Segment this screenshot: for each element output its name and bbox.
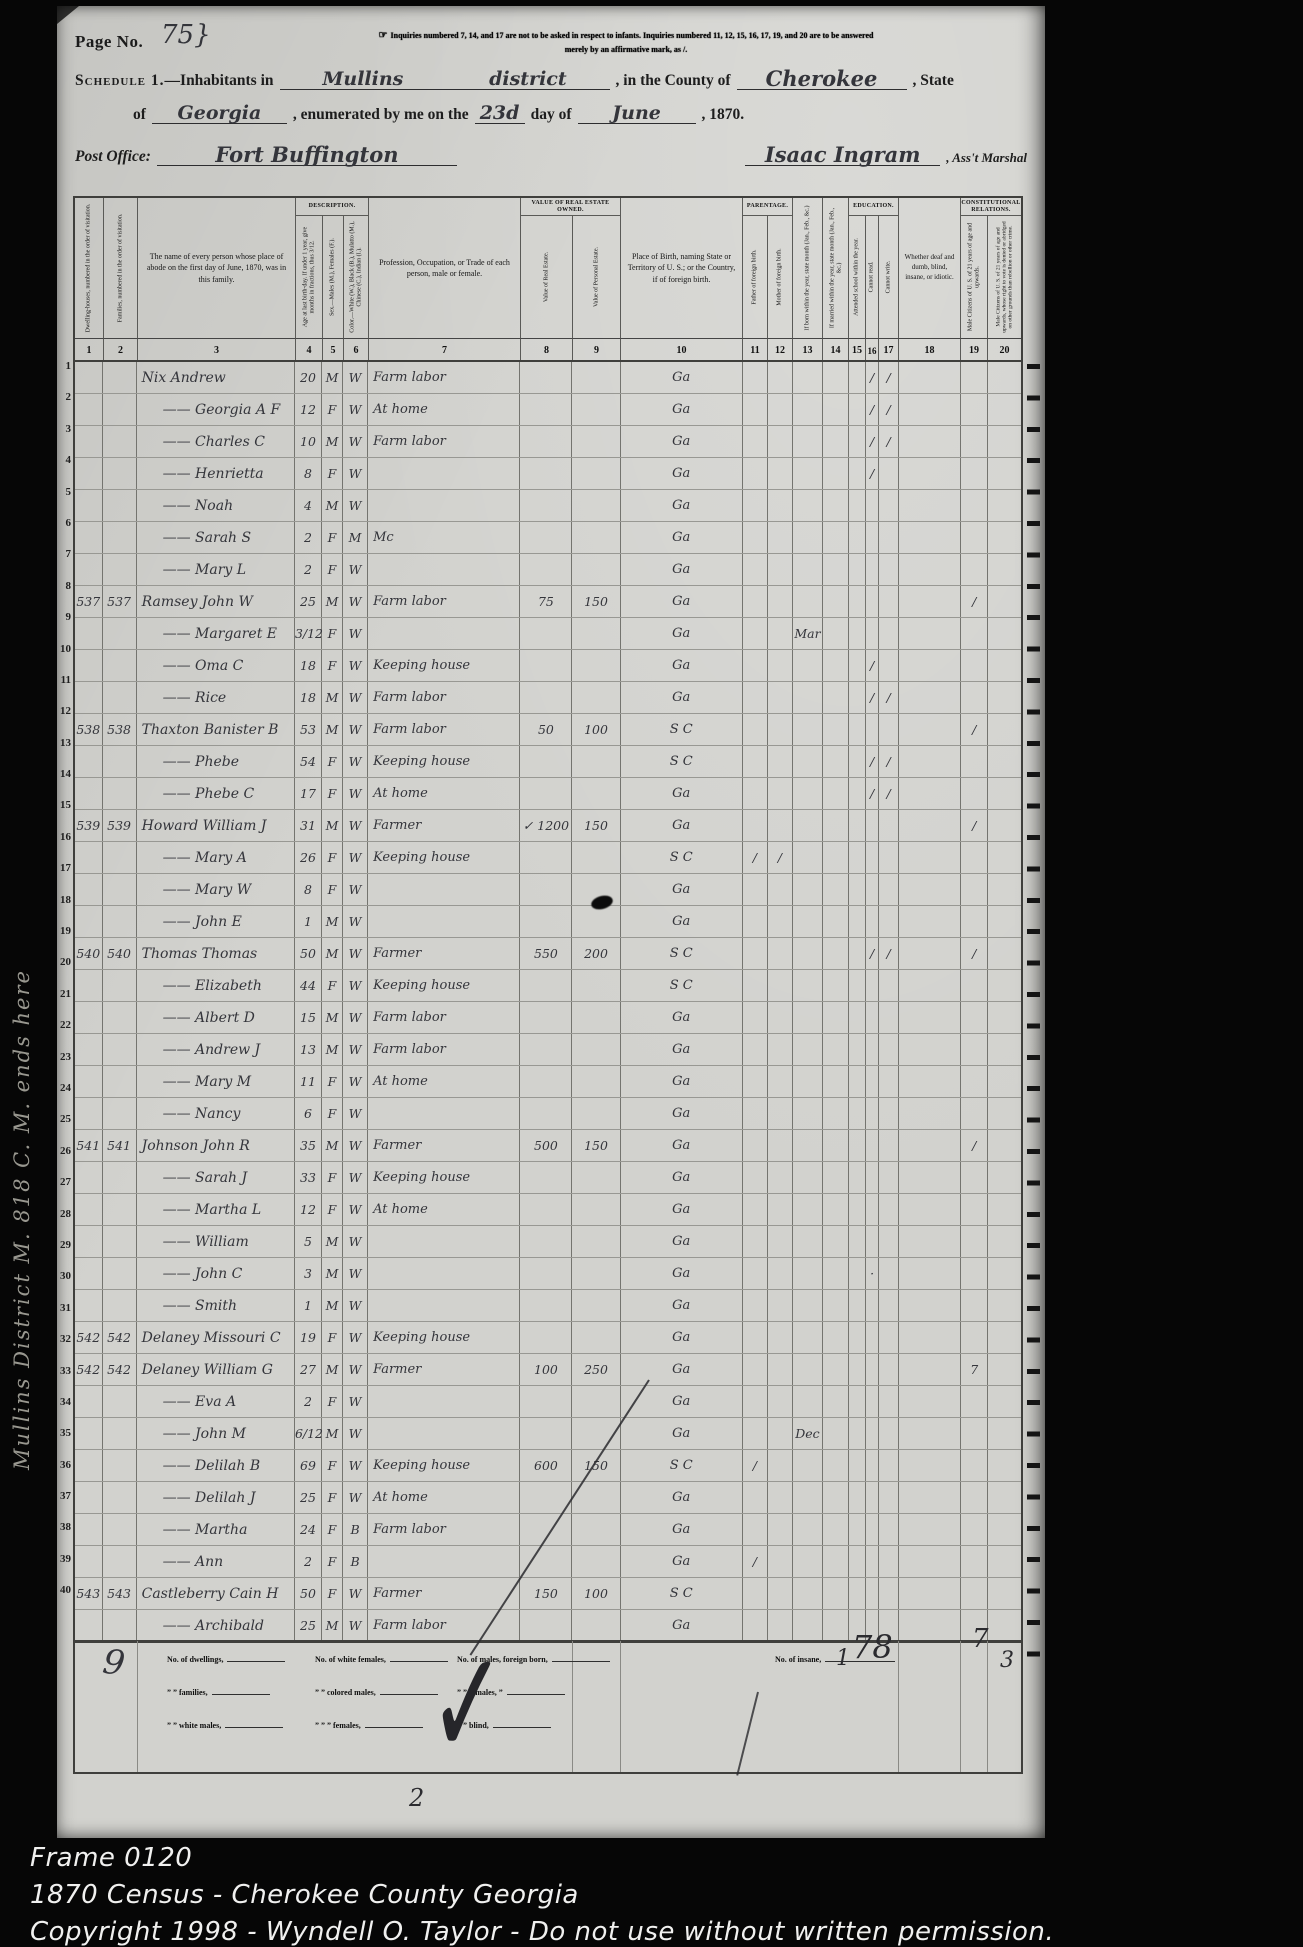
cell-e15 [849,458,866,490]
cell-age: 15 [294,1002,321,1034]
cell-pe [572,1322,620,1354]
divider [960,1641,961,1772]
divider [898,1641,899,1772]
cell-occ: Keeping house [368,1322,520,1354]
cell-birth: S C [620,970,742,1002]
cell-sex: M [321,1226,342,1258]
cell-e15 [849,1482,866,1514]
cell-c20 [988,1098,1022,1130]
table-row: —— Albert D15MWFarm laborGa [74,1002,1022,1034]
cell-e15 [849,1290,866,1322]
cell-e15 [849,1258,866,1290]
cell-re [520,618,572,650]
cell-m12 [767,426,792,458]
cell-c20 [988,1162,1022,1194]
table-row: —— John C3MWGa· [74,1258,1022,1290]
cell-pe: 100 [572,714,620,746]
cell-c19: / [961,810,988,842]
cell-name: Johnson John R [136,1130,294,1162]
cell-e17 [879,1162,899,1194]
cell-occ: Farmer [368,938,520,970]
cell-dw [74,874,102,906]
cell-c19 [961,970,988,1002]
cell-c19 [961,1290,988,1322]
cell-fam [102,970,136,1002]
cell-age: 2 [294,1386,321,1418]
column-header-4: Age at last birth-day. If under 1 year, … [295,216,322,338]
cell-birth: Ga [620,650,742,682]
column-number-19: 19 [960,338,987,362]
cell-occ [368,1226,520,1258]
cell-e16: / [866,394,879,426]
cell-name: —— Ann [136,1546,294,1578]
cell-f11 [742,1514,767,1546]
cell-sex: M [321,1002,342,1034]
cell-m13 [792,1162,822,1194]
cell-name: —— John C [136,1258,294,1290]
cell-dw: 539 [74,810,102,842]
cell-pe [572,1610,620,1643]
cell-m13 [792,1098,822,1130]
cell-c19 [961,618,988,650]
cell-name: Nix Andrew [136,361,294,394]
cell-m13 [792,1322,822,1354]
cell-name: —— Phebe C [136,778,294,810]
cell-re [520,1066,572,1098]
cell-birth: S C [620,1450,742,1482]
cell-occ [368,1386,520,1418]
cell-c20 [988,490,1022,522]
cell-deaf [899,1130,961,1162]
cell-f11 [742,618,767,650]
cell-m13 [792,1546,822,1578]
cell-m13 [792,1482,822,1514]
cell-c19 [961,1514,988,1546]
cell-deaf [899,650,961,682]
cell-m12 [767,1194,792,1226]
group-header-description: DESCRIPTION. [295,198,368,216]
cell-f11 [742,1258,767,1290]
cell-e17 [879,1450,899,1482]
cell-e15 [849,1450,866,1482]
row-number: 5 [57,486,71,517]
cell-f11 [742,906,767,938]
cell-m13 [792,394,822,426]
cell-re [520,458,572,490]
table-row: 542542Delaney Missouri C19FWKeeping hous… [74,1322,1022,1354]
table-row: —— John E1MWGa [74,906,1022,938]
cell-fam [102,522,136,554]
column-header-5: Sex.—Males (M.), Females (F.). [322,216,343,338]
cell-fam [102,426,136,458]
cell-e17 [879,970,899,1002]
column-number-7: 7 [368,338,520,362]
cell-f11 [742,714,767,746]
cell-age: 25 [294,1610,321,1643]
cell-pe: 100 [572,1578,620,1610]
cell-pe: 150 [572,1130,620,1162]
cell-name: —— Delilah B [136,1450,294,1482]
cell-deaf [899,586,961,618]
table-row: 538538Thaxton Banister B53MWFarm labor50… [74,714,1022,746]
cell-m12 [767,1578,792,1610]
tally-mark: 78 [852,1628,893,1666]
cell-c19 [961,1226,988,1258]
cell-name: Thaxton Banister B [136,714,294,746]
cell-m14 [822,1098,848,1130]
cell-color: W [343,810,368,842]
blank-line [212,1686,270,1695]
cell-m13 [792,586,822,618]
cell-pe [572,618,620,650]
row-number: 4 [57,454,71,485]
cell-m13 [792,361,822,394]
cell-pe [572,1098,620,1130]
cell-e16: / [866,938,879,970]
blank-line [227,1653,285,1662]
cell-birth: Ga [620,1066,742,1098]
cell-e17 [879,1578,899,1610]
cell-fam [102,1386,136,1418]
cell-e17 [879,650,899,682]
cell-m14 [822,1066,848,1098]
cell-e17 [879,554,899,586]
cell-m13 [792,1002,822,1034]
cell-e16 [866,1098,879,1130]
cell-fam [102,1546,136,1578]
cell-e16 [866,1034,879,1066]
cell-fam [102,1226,136,1258]
cell-c20 [988,586,1022,618]
cell-dw [74,618,102,650]
caption-frame-number: Frame 0120 [30,1840,1054,1877]
cell-m12 [767,1290,792,1322]
cell-age: 8 [294,874,321,906]
row-number: 27 [57,1176,71,1207]
cell-birth: Ga [620,522,742,554]
cell-e16 [866,554,879,586]
cell-age: 2 [294,1546,321,1578]
cell-pe: 150 [572,1450,620,1482]
cell-sex: M [321,906,342,938]
cell-e16: · [866,1258,879,1290]
cell-c20 [988,1482,1022,1514]
column-header-14: If married within the year, state month … [822,198,848,338]
cell-color: W [343,970,368,1002]
cell-pe [572,1514,620,1546]
post-office-line: Post Office: Fort Buffington Isaac Ingra… [75,144,1027,166]
cell-color: W [343,874,368,906]
cell-c20 [988,361,1022,394]
cell-c20 [988,426,1022,458]
cell-f11 [742,938,767,970]
table-row: —— Martha L12FWAt homeGa [74,1194,1022,1226]
cell-age: 31 [294,810,321,842]
cell-m12 [767,394,792,426]
cell-c19 [961,1002,988,1034]
cell-deaf [899,1034,961,1066]
cell-c20 [988,1002,1022,1034]
column-number-3: 3 [137,338,295,362]
row-number: 8 [57,580,71,611]
cell-m14 [822,490,848,522]
cell-c19 [961,1162,988,1194]
cell-e15 [849,586,866,618]
cell-dw: 543 [74,1578,102,1610]
cell-pe [572,1226,620,1258]
cell-re [520,1002,572,1034]
cell-name: —— Phebe [136,746,294,778]
cell-age: 17 [294,778,321,810]
cell-re [520,1098,572,1130]
cell-f11 [742,970,767,1002]
cell-re [520,746,572,778]
cell-e15 [849,1386,866,1418]
cell-fam [102,458,136,490]
row-number: 30 [57,1270,71,1301]
cell-birth: Ga [620,1354,742,1386]
cell-fam [102,490,136,522]
column-number-1: 1 [75,338,103,362]
cell-c20 [988,1034,1022,1066]
cell-e17 [879,1354,899,1386]
cell-e17 [879,1514,899,1546]
cell-occ: Keeping house [368,746,520,778]
cell-m12 [767,458,792,490]
cell-e17 [879,1034,899,1066]
cell-e16 [866,906,879,938]
cell-color: W [343,1354,368,1386]
cell-c20 [988,938,1022,970]
post-office-entry: Fort Buffington [157,144,457,166]
cell-occ [368,874,520,906]
cell-c20 [988,1354,1022,1386]
cell-m13: Mar [792,618,822,650]
cell-age: 33 [294,1162,321,1194]
cell-occ [368,1290,520,1322]
cell-c20 [988,1578,1022,1610]
cell-m13 [792,522,822,554]
cell-deaf [899,1066,961,1098]
table-row: —— Phebe54FWKeeping houseS C// [74,746,1022,778]
cell-color: W [343,1066,368,1098]
cell-c19 [961,1066,988,1098]
cell-sex: M [321,490,342,522]
cell-color: W [343,682,368,714]
cell-f11 [742,1226,767,1258]
cell-sex: F [321,458,342,490]
cell-m13 [792,746,822,778]
cell-m12 [767,522,792,554]
caption-copyright: Copyright 1998 - Wyndell O. Taylor - Do … [30,1914,1054,1947]
table-row: —— Smith1MWGa [74,1290,1022,1322]
cell-e17 [879,1002,899,1034]
cell-dw [74,1258,102,1290]
cell-name: —— Elizabeth [136,970,294,1002]
row-number: 16 [57,831,71,862]
cell-color: W [343,1194,368,1226]
column-number-13: 13 [792,338,822,362]
row-number: 39 [57,1553,71,1584]
cell-birth: Ga [620,1290,742,1322]
cell-m12 [767,1354,792,1386]
table-row: —— Andrew J13MWFarm laborGa [74,1034,1022,1066]
cell-e15 [849,1066,866,1098]
cell-m14 [822,1130,848,1162]
cell-dw: 537 [74,586,102,618]
cell-age: 2 [294,554,321,586]
cell-m12 [767,874,792,906]
margin-note: Mullins District M. 818 C. M. ends here [10,810,34,1470]
cell-f11 [742,1066,767,1098]
cell-m12 [767,746,792,778]
cell-m13 [792,1226,822,1258]
cell-sex: M [321,1418,342,1450]
cell-re: 50 [520,714,572,746]
cell-occ: Farm labor [368,1514,520,1546]
state-line: of Georgia , enumerated by me on the 23d… [75,104,1085,124]
cell-fam [102,1034,136,1066]
cell-m13 [792,490,822,522]
cell-sex: F [321,1162,342,1194]
cell-f11: / [742,842,767,874]
cell-occ: Keeping house [368,970,520,1002]
column-header-19: Male Citizens of U. S. of 21 years of ag… [960,216,987,338]
cell-fam [102,1482,136,1514]
cell-f11 [742,1002,767,1034]
cell-sex: M [321,1610,342,1643]
cell-birth: S C [620,938,742,970]
cell-fam [102,1258,136,1290]
cell-m12 [767,1162,792,1194]
cell-e15 [849,1578,866,1610]
cell-color: W [343,1578,368,1610]
cell-fam [102,906,136,938]
cell-c19 [961,906,988,938]
row-number: 11 [57,674,71,705]
cell-c19: 7 [961,1354,988,1386]
cell-deaf [899,1226,961,1258]
cell-m14 [822,1034,848,1066]
cell-c20 [988,714,1022,746]
cell-re [520,1386,572,1418]
cell-pe [572,746,620,778]
cell-m12 [767,1130,792,1162]
cell-fam [102,1610,136,1643]
cell-m13 [792,554,822,586]
cell-re [520,1226,572,1258]
cell-sex: F [321,778,342,810]
cell-dw [74,746,102,778]
cell-dw [74,1034,102,1066]
cell-occ: Farmer [368,810,520,842]
cell-sex: F [321,874,342,906]
cell-deaf [899,554,961,586]
cell-deaf [899,1386,961,1418]
column-header-16: Cannot read. [865,216,878,338]
cell-m13 [792,650,822,682]
cell-e16 [866,1386,879,1418]
cell-pe [572,1258,620,1290]
table-row: 539539Howard William J31MWFarmer✓ 120015… [74,810,1022,842]
cell-c20 [988,1386,1022,1418]
cell-birth: Ga [620,586,742,618]
enumerated-label: , enumerated by me on the [293,106,469,124]
cell-m12 [767,586,792,618]
county-label: , in the County of [616,72,731,90]
cell-sex: M [321,426,342,458]
cell-deaf [899,1322,961,1354]
cell-name: —— Martha L [136,1194,294,1226]
cell-age: 18 [294,682,321,714]
cell-e15 [849,1162,866,1194]
cell-dw [74,682,102,714]
cell-e16 [866,1226,879,1258]
cell-color: W [343,361,368,394]
cell-e15 [849,1002,866,1034]
cell-name: —— Andrew J [136,1034,294,1066]
cell-deaf [899,778,961,810]
cell-f11 [742,426,767,458]
cell-deaf [899,1162,961,1194]
cell-e15 [849,1098,866,1130]
row-number: 26 [57,1145,71,1176]
row-number: 20 [57,956,71,987]
cell-m14 [822,970,848,1002]
cell-m12 [767,490,792,522]
cell-e16: / [866,746,879,778]
cell-m12 [767,650,792,682]
row-number: 18 [57,894,71,925]
cell-e15 [849,1322,866,1354]
cell-sex: F [321,842,342,874]
cell-color: W [343,1322,368,1354]
tally-mark: 1 [836,1646,850,1671]
cell-c20 [988,1610,1022,1643]
cell-m12 [767,906,792,938]
county-entry: Cherokee [737,68,907,90]
cell-m13 [792,970,822,1002]
row-number: 10 [57,643,71,674]
cell-dw [74,490,102,522]
cell-name: —— Smith [136,1290,294,1322]
cell-age: 35 [294,1130,321,1162]
row-number: 29 [57,1239,71,1270]
of-label: of [133,106,146,124]
cell-birth: S C [620,842,742,874]
cell-e16 [866,714,879,746]
cell-age: 6 [294,1098,321,1130]
cell-m13 [792,426,822,458]
cell-c20 [988,970,1022,1002]
cell-f11 [742,746,767,778]
cell-c20 [988,554,1022,586]
cell-name: —— Nancy [136,1098,294,1130]
cell-name: —— Archibald [136,1610,294,1643]
table-row: 541541Johnson John R35MWFarmer500150Ga/ [74,1130,1022,1162]
cell-e15 [849,874,866,906]
scan-edge-marks [1027,364,1040,1660]
cell-dw [74,458,102,490]
cell-e15 [849,618,866,650]
cell-e15 [849,394,866,426]
cell-name: —— Sarah J [136,1162,294,1194]
cell-sex: F [321,1450,342,1482]
cell-e16 [866,1194,879,1226]
cell-color: W [343,554,368,586]
table-row: —— Delilah B69FWKeeping house600150S C/ [74,1450,1022,1482]
cell-dw: 540 [74,938,102,970]
